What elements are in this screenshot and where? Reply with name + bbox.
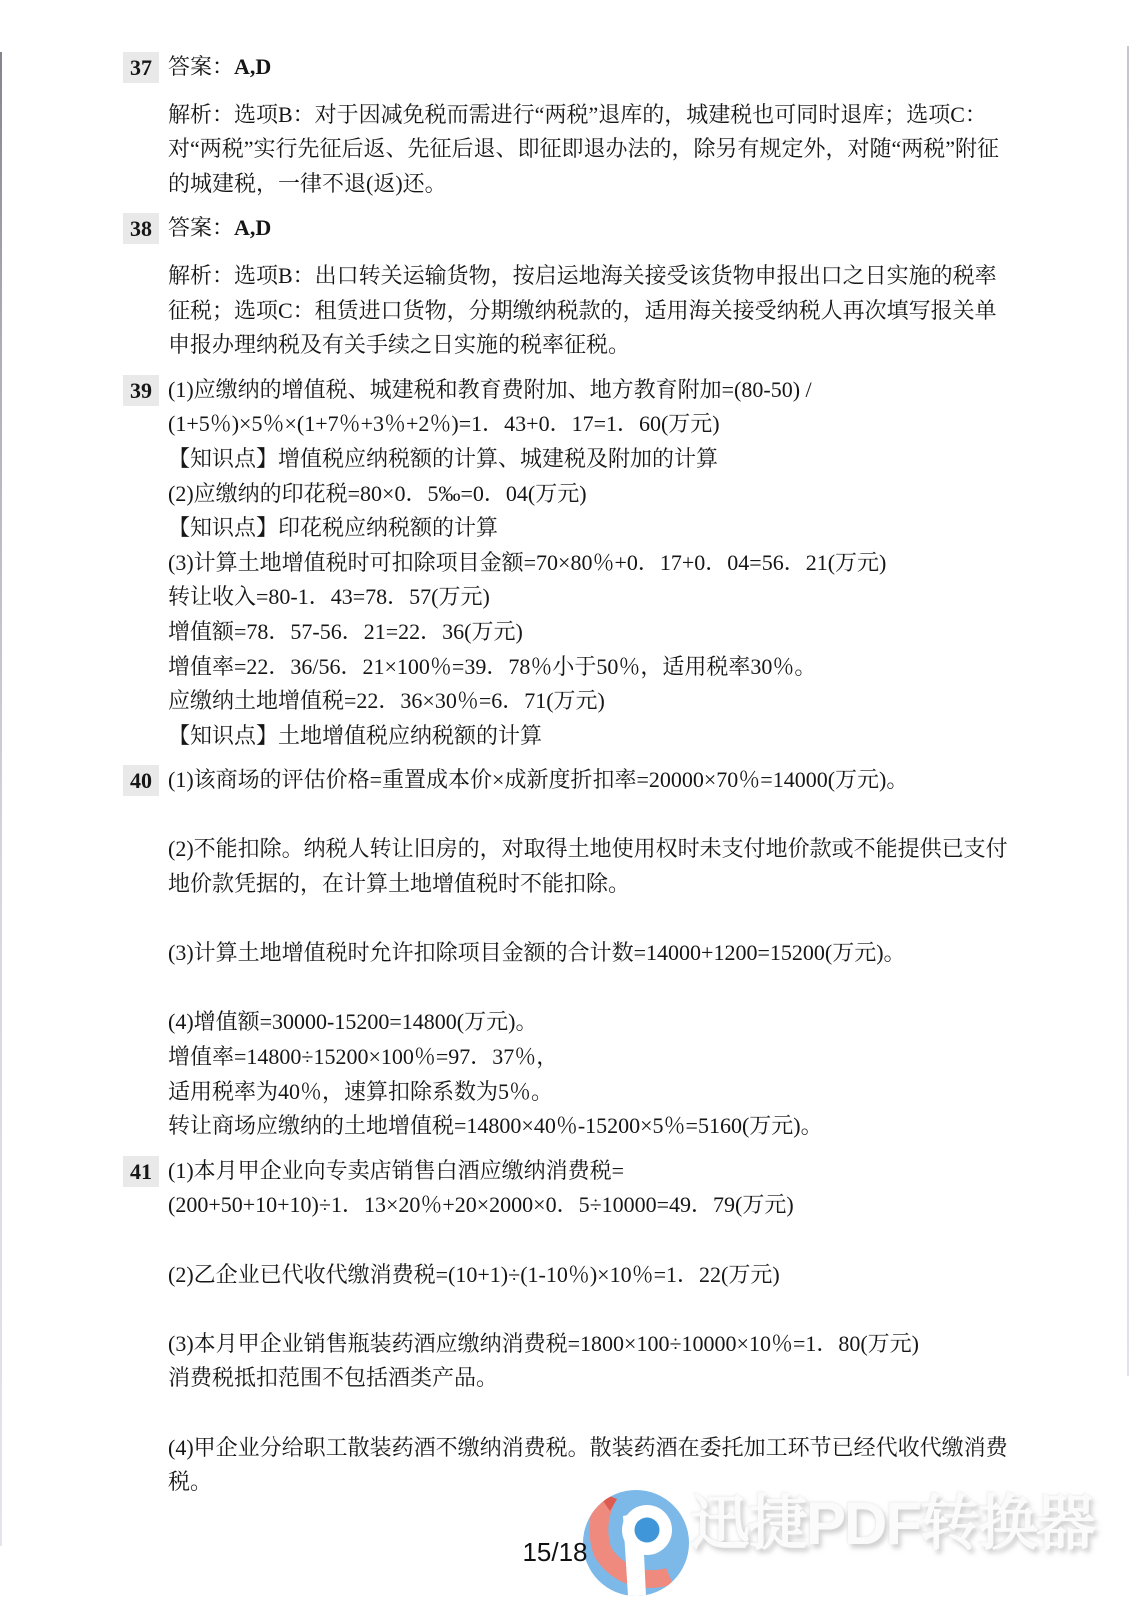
text-line: 的城建税，一律不退(返)还。 <box>168 167 1110 202</box>
answers-list: 37答案：A,D解析：选项B：对于因减免税而需进行“两税”退库的，城建税也可同时… <box>0 0 1130 1500</box>
text-line: 【知识点】土地增值税应纳税额的计算 <box>168 719 1110 754</box>
item-number-column: 41 <box>123 1154 168 1500</box>
item-number: 41 <box>123 1156 159 1187</box>
item-number: 39 <box>123 375 159 406</box>
text-line: (1)应缴纳的增值税、城建税和教育费附加、地方教育附加=(80-50) / <box>168 373 1110 408</box>
item-number: 37 <box>123 52 159 83</box>
item-number-column: 38 <box>123 211 168 362</box>
answer-item: 38答案：A,D解析：选项B：出口转关运输货物，按启运地海关接受该货物申报出口之… <box>123 211 1110 362</box>
item-content: (1)本月甲企业向专卖店销售白酒应缴纳消费税=(200+50+10+10)÷1．… <box>168 1154 1110 1500</box>
text-line: 申报办理纳税及有关手续之日实施的税率征税。 <box>168 328 1110 363</box>
text-line: 征税；选项C：租赁进口货物，分期缴纳税款的，适用海关接受纳税人再次填写报关单 <box>168 294 1110 329</box>
text-line: (200+50+10+10)÷1．13×20％+20×2000×0．5÷1000… <box>168 1188 1110 1223</box>
text-line: 解析：选项B：出口转关运输货物，按启运地海关接受该货物申报出口之日实施的税率 <box>168 259 1110 294</box>
text-line: 消费税抵扣范围不包括酒类产品。 <box>168 1361 1110 1396</box>
text-line: 解析：选项B：对于因减免税而需进行“两税”退库的，城建税也可同时退库；选项C： <box>168 98 1110 133</box>
answer-item: 37答案：A,D解析：选项B：对于因减免税而需进行“两税”退库的，城建税也可同时… <box>123 50 1110 201</box>
item-number: 40 <box>123 765 159 796</box>
text-line: (1+5％)×5％×(1+7％+3％+2％)=1．43+0．17=1．60(万元… <box>168 407 1110 442</box>
answer-letters: A,D <box>234 215 271 240</box>
text-line: 转让商场应缴纳的土地增值税=14800×40％-15200×5％=5160(万元… <box>168 1109 1110 1144</box>
text-line: (2)应缴纳的印花税=80×0．5‰=0．04(万元) <box>168 477 1110 512</box>
text-line: (3)本月甲企业销售瓶装药酒应缴纳消费税=1800×100÷10000×10％=… <box>168 1327 1110 1362</box>
text-line: 增值率=22．36/56．21×100％=39．78％小于50％，适用税率30％… <box>168 650 1110 685</box>
text-line: (1)该商场的评估价格=重置成本价×成新度折扣率=20000×70％=14000… <box>168 763 1110 798</box>
text-line: 答案：A,D <box>168 50 1110 85</box>
blank-line <box>168 971 1110 1006</box>
item-content: (1)该商场的评估价格=重置成本价×成新度折扣率=20000×70％=14000… <box>168 763 1110 1144</box>
item-content: (1)应缴纳的增值税、城建税和教育费附加、地方教育附加=(80-50) /(1+… <box>168 373 1110 754</box>
text-line: (2)乙企业已代收代缴消费税=(10+1)÷(1-10％)×10％=1．22(万… <box>168 1258 1110 1293</box>
item-number-column: 39 <box>123 373 168 754</box>
text-line: (3)计算土地增值税时可扣除项目金额=70×80％+0．17+0．04=56．2… <box>168 546 1110 581</box>
text-line: (2)不能扣除。纳税人转让旧房的，对取得土地使用权时未支付地价款或不能提供已支付 <box>168 832 1110 867</box>
item-number: 38 <box>123 213 159 244</box>
text-line: (4)增值额=30000-15200=14800(万元)。 <box>168 1005 1110 1040</box>
text-line: 应缴纳土地增值税=22．36×30％=6．71(万元) <box>168 684 1110 719</box>
item-number-column: 37 <box>123 50 168 201</box>
text-line: (1)本月甲企业向专卖店销售白酒应缴纳消费税= <box>168 1154 1110 1189</box>
page-footer: 15/18 <box>0 1537 1130 1568</box>
answer-item: 41(1)本月甲企业向专卖店销售白酒应缴纳消费税=(200+50+10+10)÷… <box>123 1154 1110 1500</box>
text-line: 增值率=14800÷15200×100％=97．37％， <box>168 1040 1110 1075</box>
text-line: 【知识点】印花税应纳税额的计算 <box>168 511 1110 546</box>
text-line: 答案：A,D <box>168 211 1110 246</box>
item-number-column: 40 <box>123 763 168 1144</box>
blank-line <box>168 1292 1110 1327</box>
text-line: (3)计算土地增值税时允许扣除项目金额的合计数=14000+1200=15200… <box>168 936 1110 971</box>
document-page: 37答案：A,D解析：选项B：对于因减免税而需进行“两税”退库的，城建税也可同时… <box>0 0 1130 1600</box>
item-content: 答案：A,D解析：选项B：对于因减免税而需进行“两税”退库的，城建税也可同时退库… <box>168 50 1110 201</box>
answer-letters: A,D <box>234 54 271 79</box>
text-line: 对“两税”实行先征后返、先征后退、即征即退办法的，除另有规定外，对随“两税”附征 <box>168 132 1110 167</box>
text-line: (4)甲企业分给职工散装药酒不缴纳消费税。散装药酒在委托加工环节已经代收代缴消费 <box>168 1431 1110 1466</box>
text-line: 增值额=78．57-56．21=22．36(万元) <box>168 615 1110 650</box>
text-line: 【知识点】增值税应纳税额的计算、城建税及附加的计算 <box>168 442 1110 477</box>
text-line: 转让收入=80-1．43=78．57(万元) <box>168 580 1110 615</box>
blank-line <box>168 902 1110 937</box>
answer-item: 40(1)该商场的评估价格=重置成本价×成新度折扣率=20000×70％=140… <box>123 763 1110 1144</box>
answer-item: 39(1)应缴纳的增值税、城建税和教育费附加、地方教育附加=(80-50) /(… <box>123 373 1110 754</box>
page-number: 15/18 <box>522 1537 587 1568</box>
item-content: 答案：A,D解析：选项B：出口转关运输货物，按启运地海关接受该货物申报出口之日实… <box>168 211 1110 362</box>
text-line: 适用税率为40％，速算扣除系数为5％。 <box>168 1075 1110 1110</box>
blank-line <box>168 1396 1110 1431</box>
blank-line <box>168 1223 1110 1258</box>
blank-line <box>168 798 1110 833</box>
text-line: 税。 <box>168 1465 1110 1500</box>
text-line: 地价款凭据的，在计算土地增值税时不能扣除。 <box>168 867 1110 902</box>
